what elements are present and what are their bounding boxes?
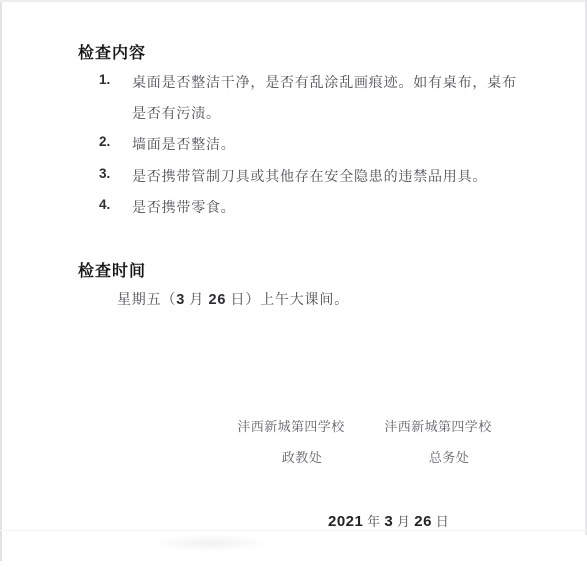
scan-edge-left [0, 0, 2, 561]
date-text-segment: 年 [363, 514, 384, 529]
date-text-segment: 日 [432, 514, 449, 529]
list-item-3-text: 是否携带管制刀具或其他存在安全隐患的违禁品用具。 [132, 166, 487, 186]
scan-smudge [150, 534, 270, 552]
signature-dept-left: 政教处 [247, 447, 357, 466]
date-month-number: 3 [384, 513, 393, 530]
list-item-1-number: 1. [99, 72, 110, 87]
signature-org-right: 沣西新城第四学校 [383, 416, 493, 435]
time-month-number: 3 [176, 292, 185, 308]
list-item-1-text-line-2: 是否有污渍。 [132, 103, 221, 123]
list-item-2-text: 墙面是否整洁。 [132, 134, 236, 154]
list-item-2-number: 2. [99, 134, 110, 149]
list-item-1-text-line-1: 桌面是否整洁干净，是否有乱涂乱画痕迹。如有桌布，桌布 [132, 72, 517, 92]
signature-dept-right: 总务处 [394, 447, 504, 466]
date-day-number: 26 [414, 513, 432, 530]
time-text-segment: 月 [185, 293, 208, 308]
date-year-number: 2021 [328, 513, 363, 530]
signature-org-left: 沣西新城第四学校 [236, 416, 346, 435]
scan-edge-top [0, 0, 587, 2]
list-item-4-text: 是否携带零食。 [132, 197, 236, 217]
document-date: 2021 年 3 月 26 日 [328, 511, 449, 530]
inspection-content-heading: 检查内容 [78, 40, 146, 63]
scan-edge-bottom [0, 530, 587, 531]
list-item-4-number: 4. [99, 197, 110, 212]
inspection-time-text: 星期五（3 月 26 日）上午大课间。 [117, 289, 349, 309]
date-text-segment: 月 [393, 514, 414, 529]
time-text-segment: 星期五（ [117, 293, 176, 308]
time-text-segment: 日）上午大课间。 [226, 293, 349, 308]
list-item-3-number: 3. [99, 166, 110, 181]
time-day-number: 26 [208, 292, 226, 308]
inspection-time-heading: 检查时间 [78, 258, 146, 281]
document-page: 检查内容 1. 桌面是否整洁干净，是否有乱涂乱画痕迹。如有桌布，桌布 是否有污渍… [0, 0, 587, 567]
